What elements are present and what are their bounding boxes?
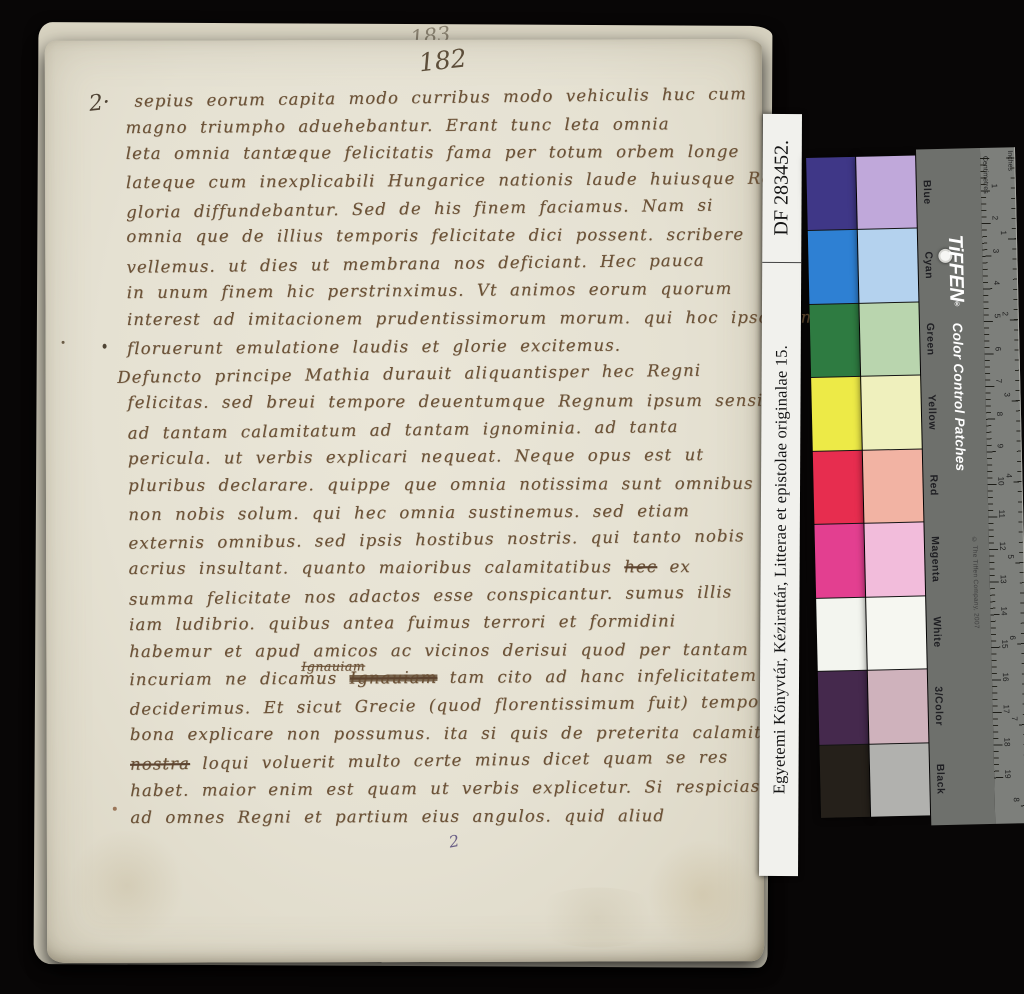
chart-title: Color Control Patches	[950, 323, 968, 472]
manuscript-line: habet. maior enim est quam ut verbis exp…	[130, 773, 757, 805]
registered-mark-icon: ®	[953, 301, 960, 308]
ink-stain	[62, 341, 65, 344]
cm-tick-number: 19	[1003, 770, 1012, 779]
manuscript-line: habemur et apud amicos ac vicinos derisu…	[129, 636, 756, 666]
cm-tick-number: 6	[993, 346, 1002, 351]
cm-tick-number: 7	[994, 379, 1003, 384]
cm-tick-number: 8	[995, 411, 1004, 416]
patch-magenta-tint	[864, 523, 925, 597]
inch-tick-number: 2	[1001, 311, 1010, 316]
patch-black-tint	[869, 743, 930, 817]
ink-stain	[103, 344, 107, 349]
patch-blue	[806, 157, 857, 231]
cm-tick-number: 12	[998, 542, 1007, 551]
manuscript-line: leta omnia tantæque felicitatis fama per…	[126, 138, 753, 168]
inch-tick-number: 4	[1004, 473, 1013, 478]
archival-label-strip: DF 283452. Egyetemi Könyvtár, Kézirattár…	[759, 114, 802, 876]
cm-tick-number: 16	[1001, 672, 1010, 681]
patch-name-label: Green	[924, 322, 937, 355]
cm-tick-number: 4	[992, 281, 1001, 286]
manuscript-text-block: sepius eorum capita modo curribus modo v…	[125, 82, 757, 833]
quire-mark: 2	[447, 831, 460, 851]
patch-green-tint	[859, 302, 920, 376]
patch-white-tint	[866, 596, 927, 670]
patch-green	[809, 304, 860, 378]
manuscript-line: in unum finem hic perstrinximus. Vt anim…	[127, 275, 754, 307]
patch-cyan	[808, 230, 859, 304]
patch-yellow-tint	[861, 376, 922, 450]
patch-name-label: Blue	[921, 179, 934, 204]
patch-black	[819, 744, 870, 818]
manuscript-line: acrius insultant. quanto maioribus calam…	[129, 553, 756, 583]
page-number: 182	[417, 43, 468, 77]
inch-tick-number: 5	[1006, 554, 1015, 559]
shelfmark-segment: Egyetemi Könyvtár, Kézirattár, Litterae …	[759, 263, 801, 876]
patch-name-label: 3/Color	[932, 686, 945, 726]
paper-stain	[647, 839, 757, 949]
df-number-label: DF 283452.	[770, 140, 794, 236]
ink-stain	[113, 807, 117, 811]
cm-tick-number: 18	[1002, 737, 1011, 746]
paper-stain	[67, 831, 187, 941]
patch-yellow	[811, 377, 862, 451]
chart-copyright: © The Tiffen Company, 2007	[971, 536, 980, 629]
manuscript-line: interest ad imitacionem prudentissimorum…	[127, 304, 754, 334]
patch-blue-tint	[856, 156, 917, 230]
inch-tick-number: 1	[999, 230, 1008, 235]
tiffen-logo: TiFFEN® Color Control Patches	[943, 234, 971, 471]
cm-tick-number: 15	[1000, 640, 1009, 649]
manuscript-page: 182 2· sepius eorum capita modo curribus…	[45, 39, 764, 963]
patch-name-label: Red	[927, 475, 939, 497]
folio-mark: 2·	[88, 90, 112, 117]
inch-tick-number: 7	[1010, 716, 1019, 721]
patch-3/color	[818, 671, 869, 745]
paper-stain	[527, 887, 667, 947]
photograph-background: 183 15 182 2· sepius eorum capita modo c…	[0, 0, 1024, 994]
manuscript-line: pluribus declarare. quippe que omnia not…	[128, 470, 755, 500]
patch-3/color-tint	[868, 669, 929, 743]
cm-tick-number: 17	[1002, 705, 1011, 714]
shelfmark-label: Egyetemi Könyvtár, Kézirattár, Litterae …	[769, 345, 791, 794]
color-calibration-chart: TiFFEN® Color Control Patches © The Tiff…	[806, 147, 1024, 828]
patch-cyan-tint	[858, 229, 919, 303]
patch-white	[816, 597, 867, 671]
manuscript-line: iam ludibrio. quibus antea fuimus terror…	[129, 607, 756, 639]
patch-magenta	[814, 524, 865, 598]
cm-tick-number: 2	[990, 216, 999, 221]
patch-red	[813, 451, 864, 525]
manuscript-line: pericula. ut verbis explicari nequeat. N…	[128, 441, 755, 473]
cm-tick-number: 14	[999, 607, 1008, 616]
cm-tick-number: 9	[996, 444, 1005, 449]
patch-name-label: Yellow	[926, 394, 939, 430]
patch-red-tint	[863, 449, 924, 523]
cm-tick-number: 3	[991, 248, 1000, 253]
cm-tick-number: 13	[999, 574, 1008, 583]
interlinear-insertion: Ignauiam	[301, 653, 365, 681]
patch-name-label: Black	[934, 764, 947, 795]
patch-name-label: White	[931, 617, 944, 648]
patch-name-label: Magenta	[929, 536, 942, 582]
manuscript-line: ad omnes Regni et partium eius angulos. …	[130, 801, 757, 831]
patch-name-label: Cyan	[922, 251, 935, 279]
inch-tick-number: 3	[1003, 392, 1012, 397]
cm-tick-number: 1	[990, 183, 999, 188]
df-number-segment: DF 283452.	[762, 114, 802, 263]
inch-tick-number: 8	[1012, 797, 1021, 802]
manuscript-line: magno triumpho aduehebantur. Erant tunc …	[125, 109, 752, 141]
cm-tick-number: 11	[997, 509, 1006, 518]
brand-name: TiFFEN	[944, 234, 968, 301]
manuscript-line: felicitas. sed breui tempore deuentumque…	[127, 387, 754, 417]
inch-tick-number: 6	[1008, 635, 1017, 640]
